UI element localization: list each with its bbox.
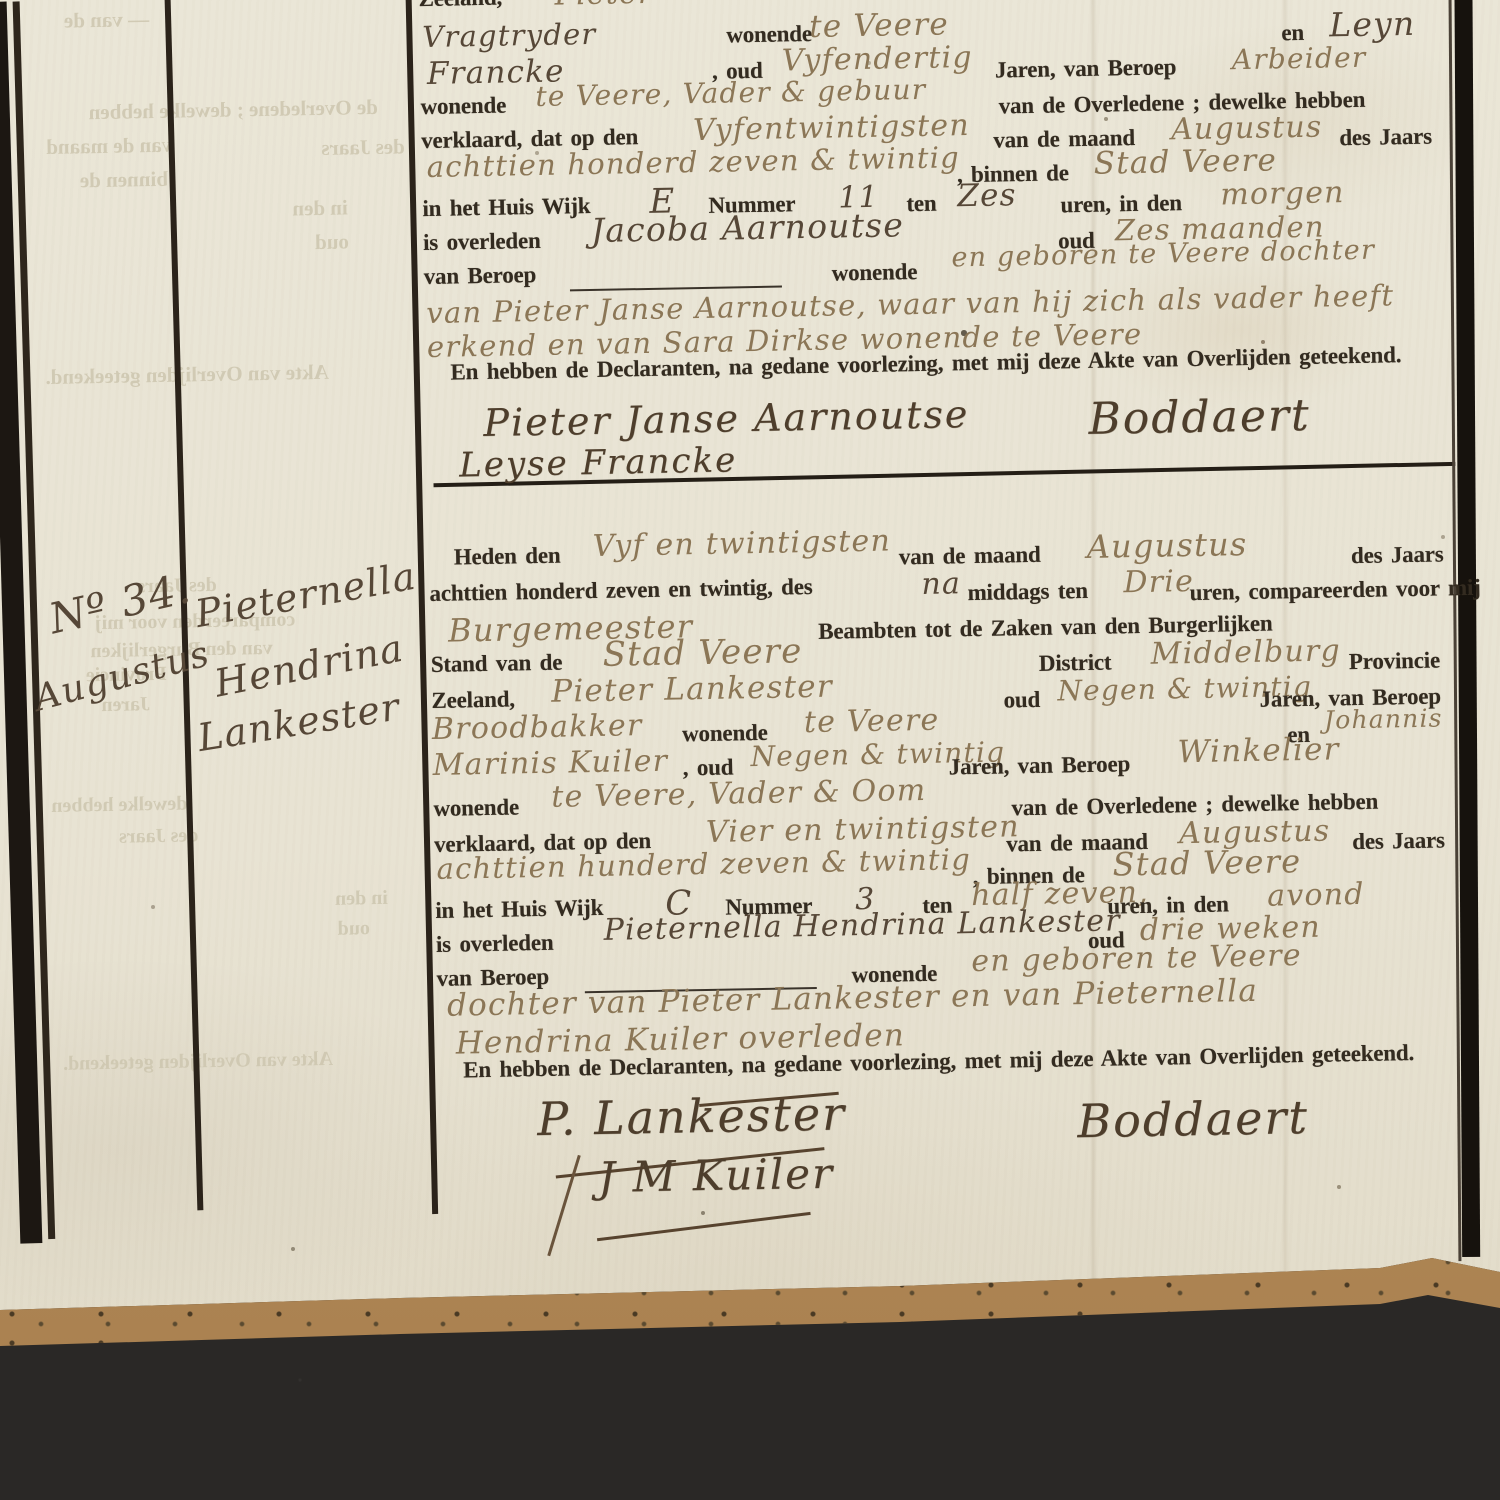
printed-form-text: is overleden xyxy=(423,228,541,256)
printed-form-text: ten xyxy=(906,191,937,218)
printed-form-text: des Jaars xyxy=(1351,541,1444,569)
handwritten-entry: Marinis Kuiler xyxy=(432,744,668,783)
printed-form-text: van Beroep xyxy=(423,262,536,290)
printed-form-text: in het Huis Wijk xyxy=(422,193,590,222)
printed-form-text: middags ten xyxy=(967,578,1088,606)
printed-form-text: wonende xyxy=(433,794,519,822)
handwritten-entry: Drie xyxy=(1123,564,1194,600)
ink-bleedthrough-text: Akte van Overlijden geteekend. xyxy=(45,360,329,390)
handwritten-entry: Johannis xyxy=(1324,703,1443,734)
table-rule xyxy=(597,1212,811,1241)
handwritten-entry: morgen xyxy=(1220,175,1345,212)
printed-form-text: achttien honderd zeven en twintig, des xyxy=(429,574,812,607)
ink-bleedthrough-text: dewelke hebben xyxy=(51,792,188,817)
signature: Pieter Janse Aarnoutse xyxy=(483,392,970,445)
printed-form-text: wonende xyxy=(831,259,917,287)
handwritten-entry: Leyn xyxy=(1329,4,1416,45)
printed-form-text: Jaren, van Beroep xyxy=(949,751,1131,780)
handwritten-entry: Stad Veere xyxy=(1093,142,1277,181)
printed-form-text: Stand van de xyxy=(431,650,563,678)
handwritten-entry: Middelburg xyxy=(1150,633,1341,671)
signature: Boddaert xyxy=(1077,1090,1309,1148)
printed-form-text: des Jaars xyxy=(1352,827,1445,855)
printed-form-text: in het Huis Wijk xyxy=(435,895,603,924)
handwritten-entry: Winkelier xyxy=(1177,731,1340,770)
ink-bleedthrough-text: oud xyxy=(337,917,370,941)
scanned-register-page: — van dede Overledene ; dewelke hebbenva… xyxy=(0,0,1500,1500)
handwritten-entry: Vragtryder xyxy=(422,17,597,54)
handwritten-entry: Augustus xyxy=(1086,525,1247,566)
handwritten-entry: Pieter xyxy=(554,0,654,13)
handwritten-entry: Arbeider xyxy=(1232,41,1367,76)
ink-bleedthrough-text: — van de xyxy=(64,7,150,34)
printed-form-text: is overleden xyxy=(436,930,554,958)
handwritten-entry: dochter van Pieter Lankester en van Piet… xyxy=(447,973,1259,1024)
printed-form-text: des Jaars xyxy=(1339,124,1432,152)
handwritten-entry: Stad Veere xyxy=(602,631,803,675)
handwritten-entry: avond xyxy=(1267,877,1365,914)
handwritten-entry: Augustus xyxy=(1171,110,1323,148)
ink-bleedthrough-text: in den xyxy=(292,195,348,221)
printed-form-text: Zeeland, xyxy=(418,0,502,12)
ink-bleedthrough-text: van de maand xyxy=(46,133,172,160)
printed-form-text: uren, compareerden voor mij xyxy=(1189,575,1480,606)
handwritten-entry: Vyf en twintigsten xyxy=(592,524,891,564)
handwritten-entry: na xyxy=(921,566,961,602)
handwritten-entry: te Veere, Vader & Oom xyxy=(551,773,927,815)
printed-form-text: Jaren, van Beroep xyxy=(995,54,1177,83)
signature: P. Lankester xyxy=(537,1086,847,1146)
printed-form-text: Heden den xyxy=(454,543,561,571)
handwritten-entry: Pieter Lankester xyxy=(551,669,833,710)
printed-form-text: Provincie xyxy=(1349,648,1440,676)
handwritten-entry: te Veere xyxy=(804,703,940,740)
signature: J M Kuiler xyxy=(598,1149,835,1202)
ink-bleedthrough-text: de Overledene ; dewelke hebben xyxy=(88,95,378,125)
ink-bleedthrough-text: in den xyxy=(335,887,388,911)
ink-bleedthrough-text: oud xyxy=(315,229,349,255)
printed-form-text: oud xyxy=(1003,687,1040,714)
table-rule xyxy=(547,1155,580,1256)
handwritten-entry: en geboren te Veere dochter xyxy=(951,235,1375,274)
printed-form-text: wonende xyxy=(420,93,506,121)
signature: Boddaert xyxy=(1088,390,1311,445)
handwritten-entry: Vyfendertig xyxy=(781,40,973,78)
signature: Leyse Francke xyxy=(459,440,738,485)
page-content-layer: — van dede Overledene ; dewelke hebbenva… xyxy=(0,0,1500,1500)
handwritten-entry: Zes xyxy=(957,177,1017,214)
handwritten-entry: te Veere xyxy=(809,6,949,45)
printed-form-text: van de maand xyxy=(899,542,1041,571)
blank-field-line xyxy=(570,265,782,291)
ink-bleedthrough-text: des Jaars xyxy=(321,134,405,161)
handwritten-entry: Jacoba Aarnoutse xyxy=(591,205,905,250)
handwritten-entry: Pieternella xyxy=(192,554,420,636)
handwritten-entry: Broodbakker xyxy=(432,708,643,747)
ink-bleedthrough-text: binnen de xyxy=(80,167,169,194)
handwritten-entry: te Veere, Vader & gebuur xyxy=(535,73,926,113)
